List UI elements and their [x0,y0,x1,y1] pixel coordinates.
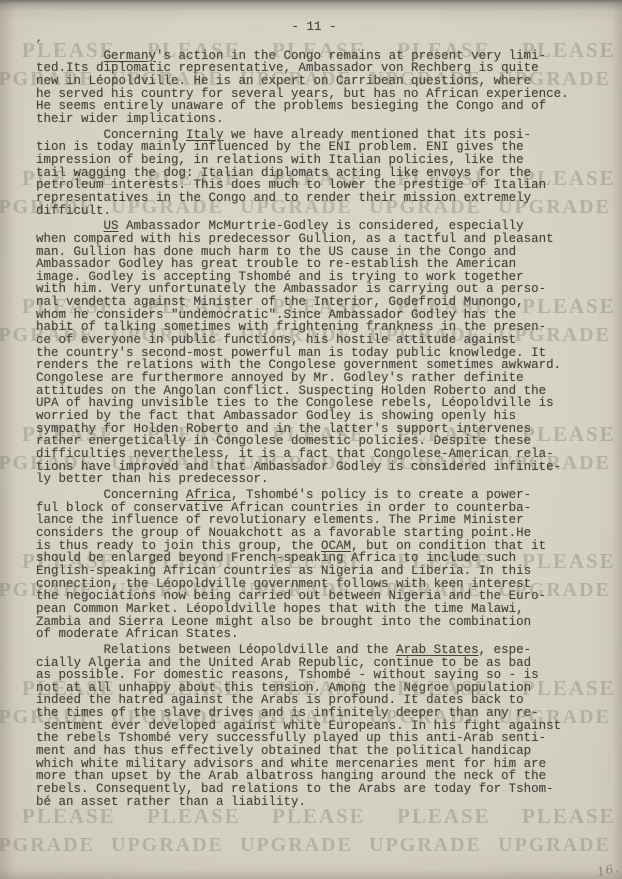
watermark-word: PLEASE [522,806,622,827]
watermark-word: PLEASE [147,806,272,827]
text-run: , but on condition that it should be enl… [36,539,546,642]
text-run: we have already mentioned that its posi-… [36,128,546,218]
watermark-word: UPGRADE [0,835,111,855]
page-number-header: - 11 - [36,21,592,34]
document-body: Germany's action in the Congo remains at… [36,50,592,809]
watermark-word: PLEASE [397,806,522,827]
paragraph-3: US Ambassador McMurtrie-Godley is consid… [36,220,592,486]
text-run: Ambassador McMurtrie-Godley is considere… [36,219,561,486]
watermark-word: PLEASE [272,806,397,827]
paragraph-4: Concerning Africa, Tshombé's policy is t… [36,489,592,641]
watermark-word: UPGRADE [111,835,240,855]
document-page: PLEASEPLEASEPLEASEPLEASEPLEASEPLEASEUPGR… [0,0,622,879]
watermark-word: UPGRADE [369,835,498,855]
text-run: , espe- cially Algeria and the United Ar… [36,643,561,809]
watermark-word: UPGRADE [240,835,369,855]
page-content: - 11 - Germany's action in the Congo rem… [36,21,592,808]
watermark-row-please: PLEASEPLEASEPLEASEPLEASEPLEASEPLEASE [22,806,622,827]
watermark-word: UPGRADE [498,835,622,855]
watermark-row-upgrade: UPGRADEUPGRADEUPGRADEUPGRADEUPGRADEUPGRA… [0,835,622,855]
watermark-word: PLEASE [22,806,147,827]
paragraph-1: Germany's action in the Congo remains at… [36,50,592,126]
paragraph-2: Concerning Italy we have already mention… [36,129,592,218]
paragraph-5: Relations between Léopoldville and the A… [36,644,592,809]
